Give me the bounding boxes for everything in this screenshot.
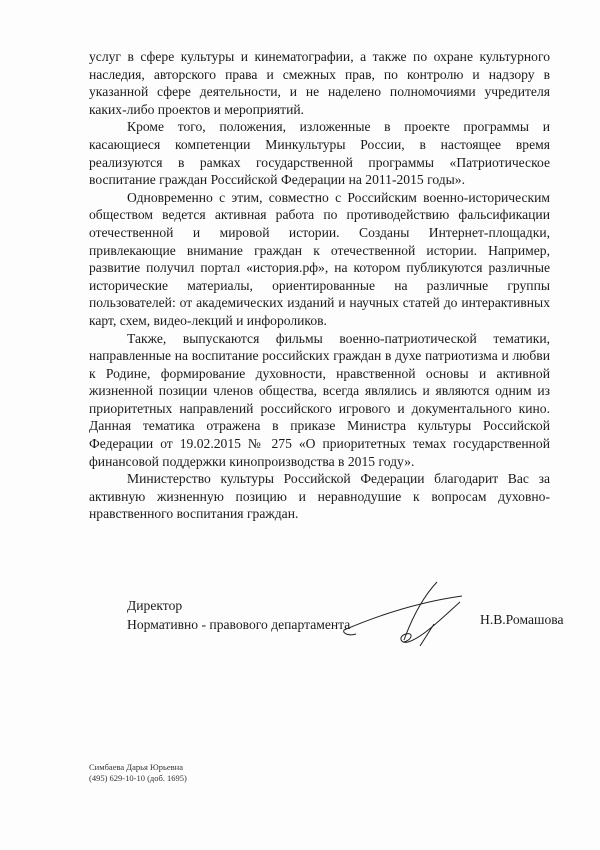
signatory-position: Директор: [127, 596, 350, 615]
contact-phone: (495) 629-10-10 (доб. 1695): [89, 773, 187, 784]
letter-body: услуг в сфере культуры и кинематографии,…: [89, 48, 550, 523]
handwritten-signature-icon: [342, 578, 470, 648]
paragraph-4: Также, выпускаются фильмы военно-патриот…: [89, 330, 550, 471]
paragraph-2: Кроме того, положения, изложенные в прое…: [89, 118, 550, 188]
contact-block: Симбаева Дарья Юрьевна (495) 629-10-10 (…: [89, 762, 187, 783]
signatory-department: Нормативно - правового департамента: [127, 615, 350, 634]
paragraph-3: Одновременно с этим, совместно с Российс…: [89, 189, 550, 330]
paragraph-5: Министерство культуры Российской Федерац…: [89, 470, 550, 523]
contact-name: Симбаева Дарья Юрьевна: [89, 762, 187, 773]
signatory-title: Директор Нормативно - правового департам…: [127, 596, 350, 634]
paragraph-1: услуг в сфере культуры и кинематографии,…: [89, 48, 550, 118]
document-page: услуг в сфере культуры и кинематографии,…: [0, 0, 600, 850]
signatory-name: Н.В.Ромашова: [480, 612, 564, 628]
